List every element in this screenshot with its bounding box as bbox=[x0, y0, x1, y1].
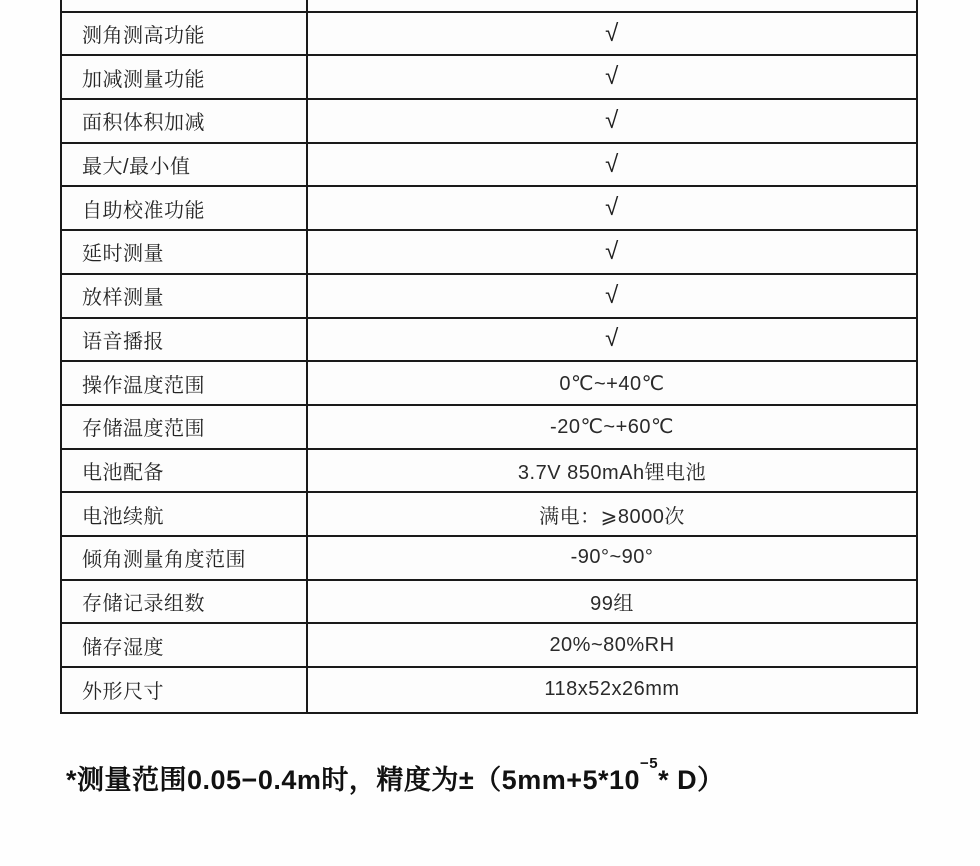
spec-label-cell: 操作温度范围 bbox=[62, 362, 308, 404]
checkmark-cell: √ bbox=[308, 0, 916, 11]
table-row: 语音播报√ bbox=[62, 319, 916, 363]
checkmark-cell: √ bbox=[308, 231, 916, 273]
spec-value-cell: 0℃~+40℃ bbox=[308, 362, 916, 404]
checkmark-cell: √ bbox=[308, 275, 916, 317]
table-row: 操作温度范围0℃~+40℃ bbox=[62, 362, 916, 406]
table-row: 储存湿度20%~80%RH bbox=[62, 624, 916, 668]
table-row: 倾角测量角度范围-90°~90° bbox=[62, 537, 916, 581]
spec-label-cell: 放样测量 bbox=[62, 275, 308, 317]
spec-label-cell: 存储记录组数 bbox=[62, 581, 308, 623]
spec-value-cell: -90°~90° bbox=[308, 537, 916, 579]
spec-label-cell: 储存湿度 bbox=[62, 624, 308, 666]
product-spec-page: 面积体积勾股测量√测角测高功能√加减测量功能√面积体积加减√最大/最小值√自助校… bbox=[0, 0, 980, 866]
table-row: 存储记录组数99组 bbox=[62, 581, 916, 625]
spec-label-cell: 电池续航 bbox=[62, 493, 308, 535]
spec-label-cell: 外形尺寸 bbox=[62, 668, 308, 712]
spec-value-cell: 99组 bbox=[308, 581, 916, 623]
spec-value-cell: -20℃~+60℃ bbox=[308, 406, 916, 448]
spec-value-cell: 20%~80%RH bbox=[308, 624, 916, 666]
spec-label-cell: 延时测量 bbox=[62, 231, 308, 273]
table-row: 面积体积勾股测量√ bbox=[62, 0, 916, 13]
table-row: 面积体积加减√ bbox=[62, 100, 916, 144]
spec-value-cell: 118x52x26mm bbox=[308, 668, 916, 712]
table-row: 电池配备3.7V 850mAh锂电池 bbox=[62, 450, 916, 494]
spec-label-cell: 加减测量功能 bbox=[62, 56, 308, 98]
checkmark-cell: √ bbox=[308, 144, 916, 186]
checkmark-cell: √ bbox=[308, 187, 916, 229]
spec-label-cell: 面积体积加减 bbox=[62, 100, 308, 142]
checkmark-cell: √ bbox=[308, 319, 916, 361]
spec-value-cell: 3.7V 850mAh锂电池 bbox=[308, 450, 916, 492]
checkmark-cell: √ bbox=[308, 13, 916, 55]
spec-label-cell: 最大/最小值 bbox=[62, 144, 308, 186]
table-row: 自助校准功能√ bbox=[62, 187, 916, 231]
footnote-superscript: −5 bbox=[640, 755, 658, 772]
table-row: 加减测量功能√ bbox=[62, 56, 916, 100]
accuracy-footnote: *测量范围0.05−0.4m时，精度为±（5mm+5*10−5* D） bbox=[66, 758, 725, 797]
checkmark-cell: √ bbox=[308, 100, 916, 142]
checkmark-cell: √ bbox=[308, 56, 916, 98]
spec-label-cell: 电池配备 bbox=[62, 450, 308, 492]
spec-label-cell: 测角测高功能 bbox=[62, 13, 308, 55]
spec-label-cell: 倾角测量角度范围 bbox=[62, 537, 308, 579]
table-row: 最大/最小值√ bbox=[62, 144, 916, 188]
footnote-text-after: * D） bbox=[658, 765, 725, 795]
spec-label-cell: 自助校准功能 bbox=[62, 187, 308, 229]
table-row: 延时测量√ bbox=[62, 231, 916, 275]
table-row: 电池续航满电：⩾8000次 bbox=[62, 493, 916, 537]
footnote-text-before: *测量范围0.05−0.4m时，精度为±（5mm+5*10 bbox=[66, 765, 640, 795]
spec-label-cell: 语音播报 bbox=[62, 319, 308, 361]
spec-value-cell: 满电：⩾8000次 bbox=[308, 493, 916, 535]
table-row: 测角测高功能√ bbox=[62, 13, 916, 57]
table-row: 外形尺寸118x52x26mm bbox=[62, 668, 916, 712]
spec-label-cell: 面积体积勾股测量 bbox=[62, 0, 308, 11]
table-row: 存储温度范围-20℃~+60℃ bbox=[62, 406, 916, 450]
spec-label-cell: 存储温度范围 bbox=[62, 406, 308, 448]
table-row: 放样测量√ bbox=[62, 275, 916, 319]
spec-table: 面积体积勾股测量√测角测高功能√加减测量功能√面积体积加减√最大/最小值√自助校… bbox=[60, 0, 918, 714]
